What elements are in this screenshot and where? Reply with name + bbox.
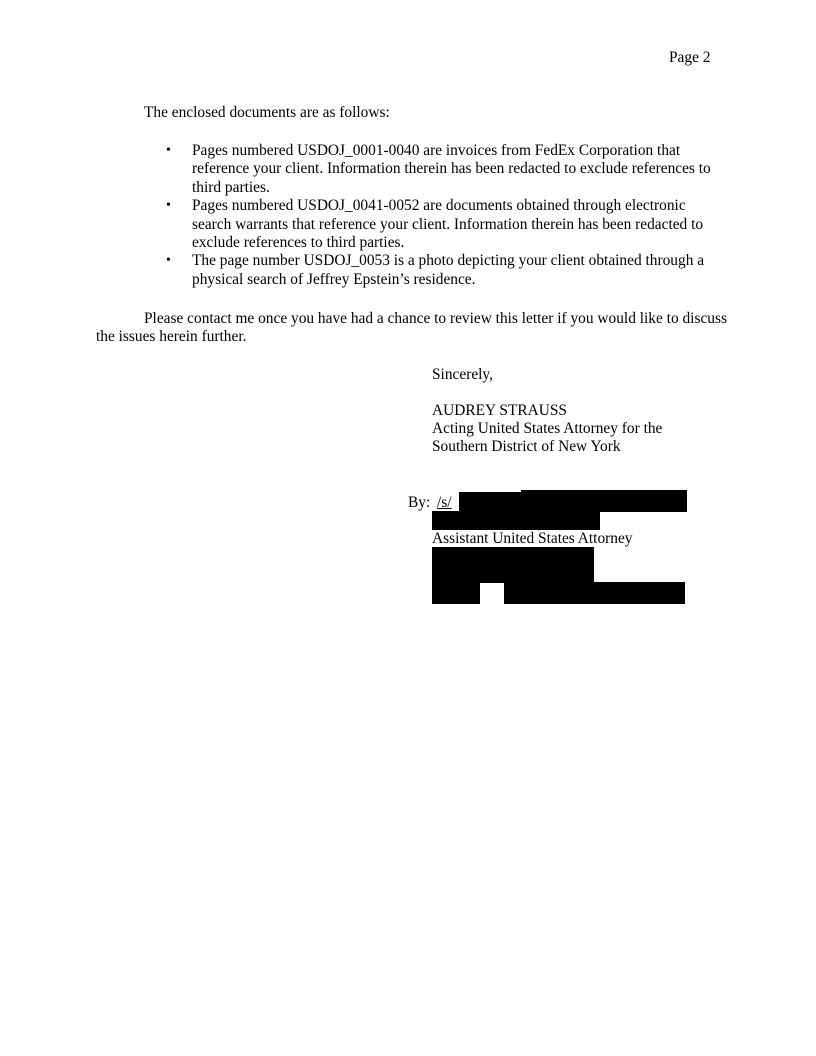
bullet-icon: • [166,252,171,270]
enclosure-list: • Pages numbered USDOJ_0001-0040 are inv… [166,142,726,289]
page-number: Page 2 [669,49,710,67]
list-item: • Pages numbered USDOJ_0041-0052 are doc… [166,197,712,252]
signatory-title-line2: Southern District of New York [432,438,621,456]
signature-mark: /s/ [437,494,452,512]
redaction-block [432,547,594,583]
redaction-block [432,511,600,530]
redaction-block [432,583,480,604]
list-item-text: The page number USDOJ_0053 is a photo de… [192,252,704,287]
signatory-title-line1: Acting United States Attorney for the [432,420,662,438]
closing-paragraph: Please contact me once you have had a ch… [96,310,736,347]
bullet-icon: • [166,197,171,215]
list-item: • Pages numbered USDOJ_0001-0040 are inv… [166,142,716,197]
redaction-block [504,583,596,604]
salutation: Sincerely, [432,366,493,384]
intro-paragraph: The enclosed documents are as follows: [144,104,390,122]
list-item-text: Pages numbered USDOJ_0001-0040 are invoi… [192,142,711,196]
list-item: • The page number USDOJ_0053 is a photo … [166,252,722,289]
redaction-block [521,490,687,512]
signer-title: Assistant United States Attorney [432,530,633,548]
by-label: By: [408,494,430,512]
bullet-icon: • [166,142,171,160]
signatory-name: AUDREY STRAUSS [432,402,567,420]
list-item-text: Pages numbered USDOJ_0041-0052 are docum… [192,197,703,251]
redaction-block [459,492,523,512]
redaction-block [594,582,685,604]
